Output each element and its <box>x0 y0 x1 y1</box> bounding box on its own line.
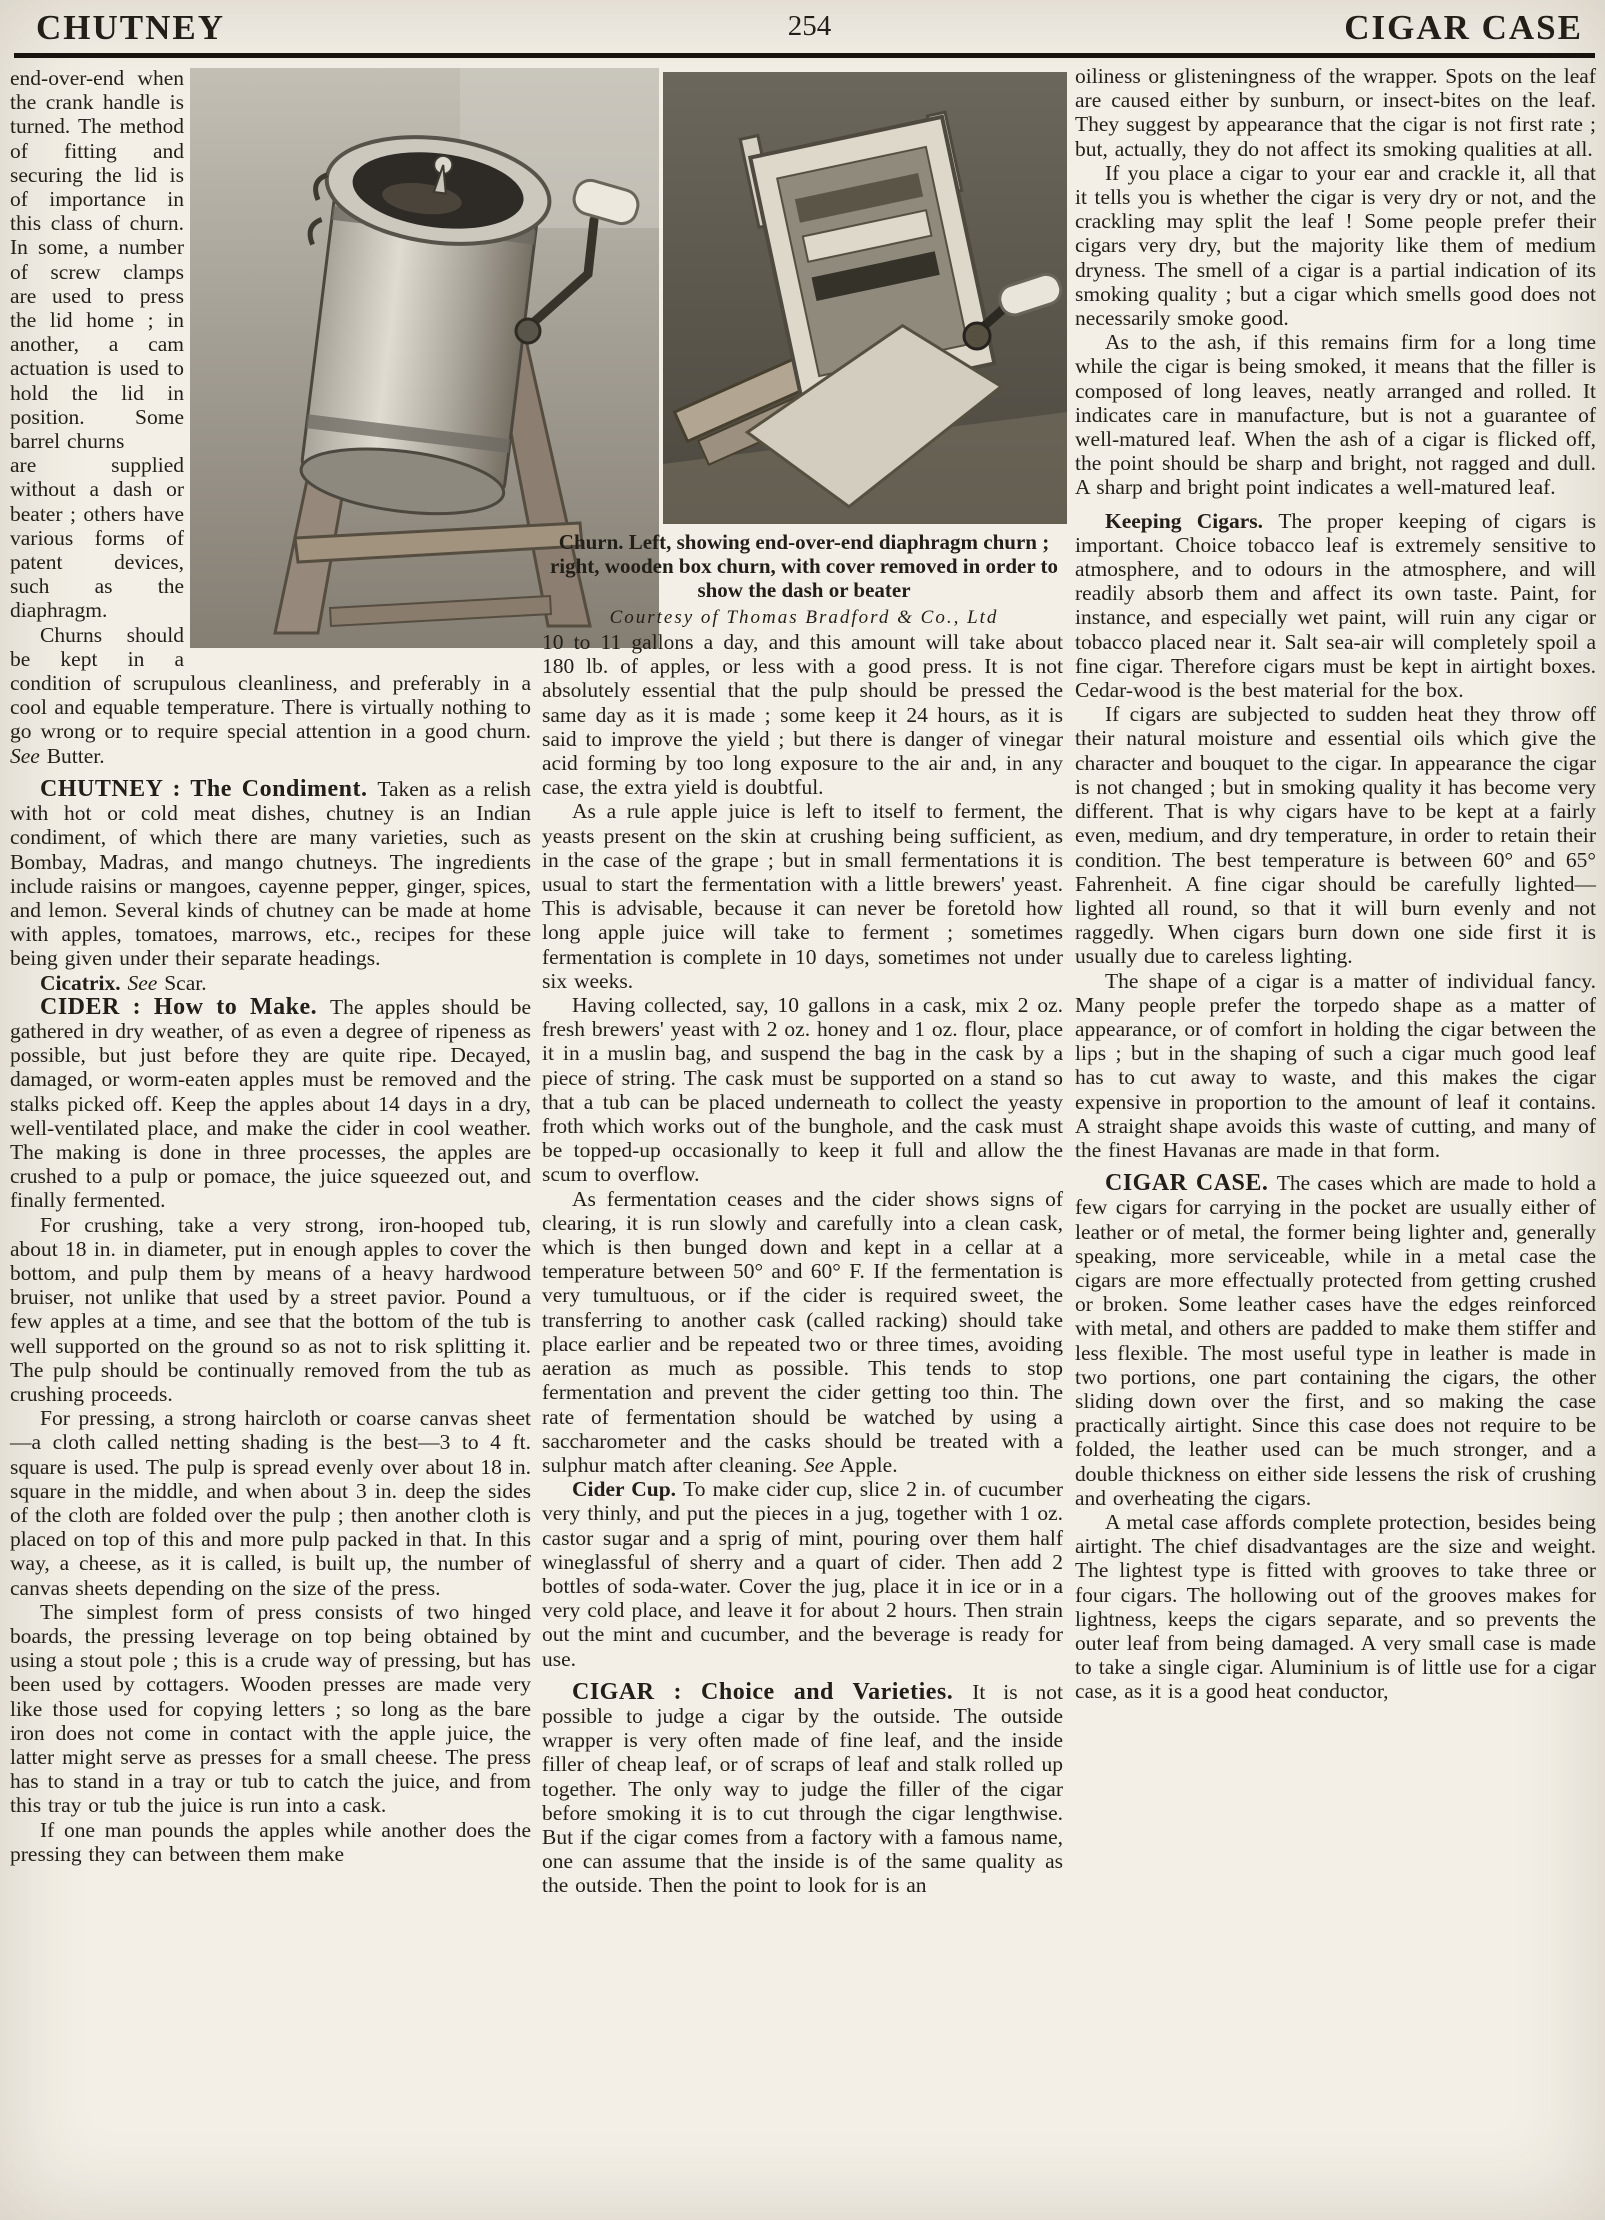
paragraph: Cicatrix. See Scar. <box>10 971 531 995</box>
photo-caption: Churn. Left, showing end-over-end diaphr… <box>546 530 1062 629</box>
see-reference: See <box>797 1453 834 1477</box>
column-1: end-over-end when the crank handle is tu… <box>10 66 531 1866</box>
column-3: oiliness or glisteningness of the wrappe… <box>1075 64 1596 1704</box>
paragraph: If you place a cigar to your ear and cra… <box>1075 161 1596 330</box>
paragraph: Cider Cup. To make cider cup, slice 2 in… <box>542 1477 1063 1671</box>
entry-heading: CHUTNEY : The Condiment. <box>40 776 377 802</box>
see-reference: See <box>127 971 157 995</box>
paragraph: CHUTNEY : The Condiment. Taken as a reli… <box>10 777 531 971</box>
entry-heading: CIGAR : Choice and Varieties. <box>572 1679 972 1705</box>
photo-caption-text: Churn. Left, showing end-over-end diaphr… <box>546 530 1062 602</box>
paragraph: For pressing, a strong haircloth or coar… <box>10 1406 531 1600</box>
column-2: 10 to 11 gallons a day, and this amount … <box>542 630 1063 1898</box>
paragraph: oiliness or glisteningness of the wrappe… <box>1075 64 1596 161</box>
churn-photo-right <box>663 72 1067 524</box>
see-reference: See <box>10 744 40 768</box>
paragraph: CIGAR CASE. The cases which are made to … <box>1075 1171 1596 1510</box>
entry-heading: Cicatrix. <box>40 971 127 995</box>
entry-heading: CIGAR CASE. <box>1105 1170 1277 1196</box>
entry-heading: Keeping Cigars. <box>1105 509 1278 533</box>
paragraph: As to the ash, if this remains firm for … <box>1075 330 1596 499</box>
paragraph: CIGAR : Choice and Varieties. It is not … <box>542 1680 1063 1898</box>
paragraph: Keeping Cigars. The proper keeping of ci… <box>1075 509 1596 703</box>
paragraph: A metal case affords complete protection… <box>1075 1510 1596 1704</box>
paragraph: As fermentation ceases and the cider sho… <box>542 1187 1063 1477</box>
running-head: CHUTNEY 254 CIGAR CASE <box>36 8 1583 50</box>
running-head-right: CIGAR CASE <box>1344 8 1583 48</box>
paragraph: 10 to 11 gallons a day, and this amount … <box>542 630 1063 799</box>
paragraph: If cigars are subjected to sudden heat t… <box>1075 702 1596 968</box>
paragraph: Having collected, say, 10 gallons in a c… <box>542 993 1063 1187</box>
paragraph: For crushing, take a very strong, iron-h… <box>10 1213 531 1407</box>
box-churn-illustration <box>663 72 1067 524</box>
entry-heading: CIDER : How to Make. <box>40 994 330 1020</box>
book-page: CHUTNEY 254 CIGAR CASE <box>0 0 1605 2220</box>
paragraph: CIDER : How to Make. The apples should b… <box>10 995 531 1213</box>
header-rule <box>14 53 1595 58</box>
photo-caption-credit: Courtesy of Thomas Bradford & Co., Ltd <box>546 607 1062 629</box>
paragraph: The simplest form of press consists of t… <box>10 1600 531 1818</box>
entry-heading: Cider Cup. <box>572 1477 683 1501</box>
photo-spacer <box>184 66 531 652</box>
paragraph: If one man pounds the apples while anoth… <box>10 1818 531 1866</box>
paragraph: The shape of a cigar is a matter of indi… <box>1075 969 1596 1163</box>
paragraph: As a rule apple juice is left to itself … <box>542 799 1063 993</box>
